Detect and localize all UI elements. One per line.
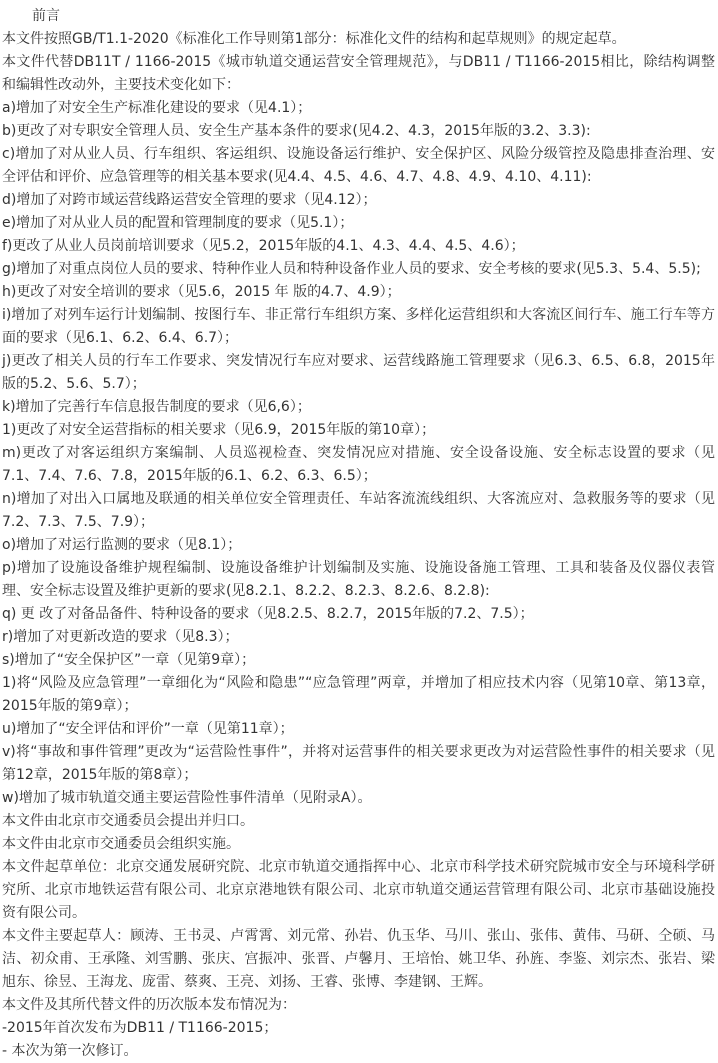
change-item-e: e)增加了对从业人员的配置和管理制度的要求（见5.1）； xyxy=(2,212,715,235)
change-item-b: b)更改了对专职安全管理人员、安全生产基本条件的要求(见4.2、4.3，2015… xyxy=(2,120,715,143)
paragraph-drafting-organizations: 本文件起草单位：北京交通发展研究院、北京市轨道交通指挥中心、北京市科学技术研究院… xyxy=(2,856,715,925)
paragraph-replaces: 本文件代替DB11T / 1166-2015《城市轨道交通运营安全管理规范》，与… xyxy=(2,51,715,97)
change-item-s: s)增加了“安全保护区”一章（见第9章）； xyxy=(2,649,715,672)
change-item-l: 1)更改了对安全运营指标的相关要求（见6.9，2015年版的第10章）； xyxy=(2,419,715,442)
change-item-q: q) 更 改了对备品备件、特种设备的要求（见8.2.5、8.2.7，2015年版… xyxy=(2,603,715,626)
change-item-g: g)增加了对重点岗位人员的要求、特种作业人员和特种设备作业人员的要求、安全考核的… xyxy=(2,258,715,281)
change-item-a: a)增加了对安全生产标准化建设的要求（见4.1）； xyxy=(2,97,715,120)
paragraph-implemented-by: 本文件由北京市交通委员会组织实施。 xyxy=(2,833,715,856)
change-item-r: r)增加了对更新改造的要求（见8.3）； xyxy=(2,626,715,649)
change-item-f: f)更改了从业人员岗前培训要求（见5.2，2015年版的4.1、4.3、4.4、… xyxy=(2,235,715,258)
paragraph-basis: 本文件按照GB/T1.1-2020《标准化工作导则第1部分：标准化文件的结构和起… xyxy=(2,28,715,51)
paragraph-main-drafters: 本文件主要起草人：顾涛、王书灵、卢霄霄、刘元常、孙岩、仇玉华、马川、张山、张伟、… xyxy=(2,925,715,994)
change-item-c: c)增加了对从业人员、行车组织、客运组织、设施设备运行维护、安全保护区、风险分级… xyxy=(2,143,715,189)
change-item-t: 1)将“风险及应急管理”一章细化为“风险和隐患”“应急管理”两章，并增加了相应技… xyxy=(2,672,715,718)
change-item-i: i)增加了对列车运行计划编制、按图行车、非正常行车组织方案、多样化运营组织和大客… xyxy=(2,304,715,350)
change-item-v: v)将“事故和事件管理”更改为“运营险性事件”，并将对运营事件的相关要求更改为对… xyxy=(2,741,715,787)
change-item-p: p)增加了设施设备维护规程编制、设施设备维护计划编制及实施、设施设备施工管理、工… xyxy=(2,557,715,603)
document-page: 前言 本文件按照GB/T1.1-2020《标准化工作导则第1部分：标准化文件的结… xyxy=(0,0,718,1063)
change-item-w: w)增加了城市轨道交通主要运营险性事件清单（见附录A）。 xyxy=(2,787,715,810)
paragraph-version-2015: -2015年首次发布为DB11 / T1166-2015； xyxy=(2,1017,715,1040)
paragraph-proposed-by: 本文件由北京市交通委员会提出并归口。 xyxy=(2,810,715,833)
paragraph-first-revision: - 本次为第一次修订。 xyxy=(2,1040,715,1063)
change-item-u: u)增加了“安全评估和评价”一章（见第11章）； xyxy=(2,718,715,741)
change-item-n: n)增加了对出入口属地及联通的相关单位安全管理责任、车站客流流线组织、大客流应对… xyxy=(2,488,715,534)
preface-heading: 前言 xyxy=(2,5,715,28)
paragraph-version-history-intro: 本文件及其所代替文件的历次版本发布情况为： xyxy=(2,994,715,1017)
change-item-h: h)更改了对安全培训的要求（见5.6，2015 年 版的4.7、4.9）； xyxy=(2,281,715,304)
change-item-j: j)更改了相关人员的行车工作要求、突发情况行车应对要求、运营线路施工管理要求（见… xyxy=(2,350,715,396)
change-item-d: d)增加了对跨市域运营线路运营安全管理的要求（见4.12）； xyxy=(2,189,715,212)
change-item-m: m)更改了对客运组织方案编制、人员巡视检查、突发情况应对措施、安全设备设施、安全… xyxy=(2,442,715,488)
change-item-k: k)增加了完善行车信息报告制度的要求（见6,6）； xyxy=(2,396,715,419)
change-item-o: o)增加了对运行监测的要求（见8.1）； xyxy=(2,534,715,557)
